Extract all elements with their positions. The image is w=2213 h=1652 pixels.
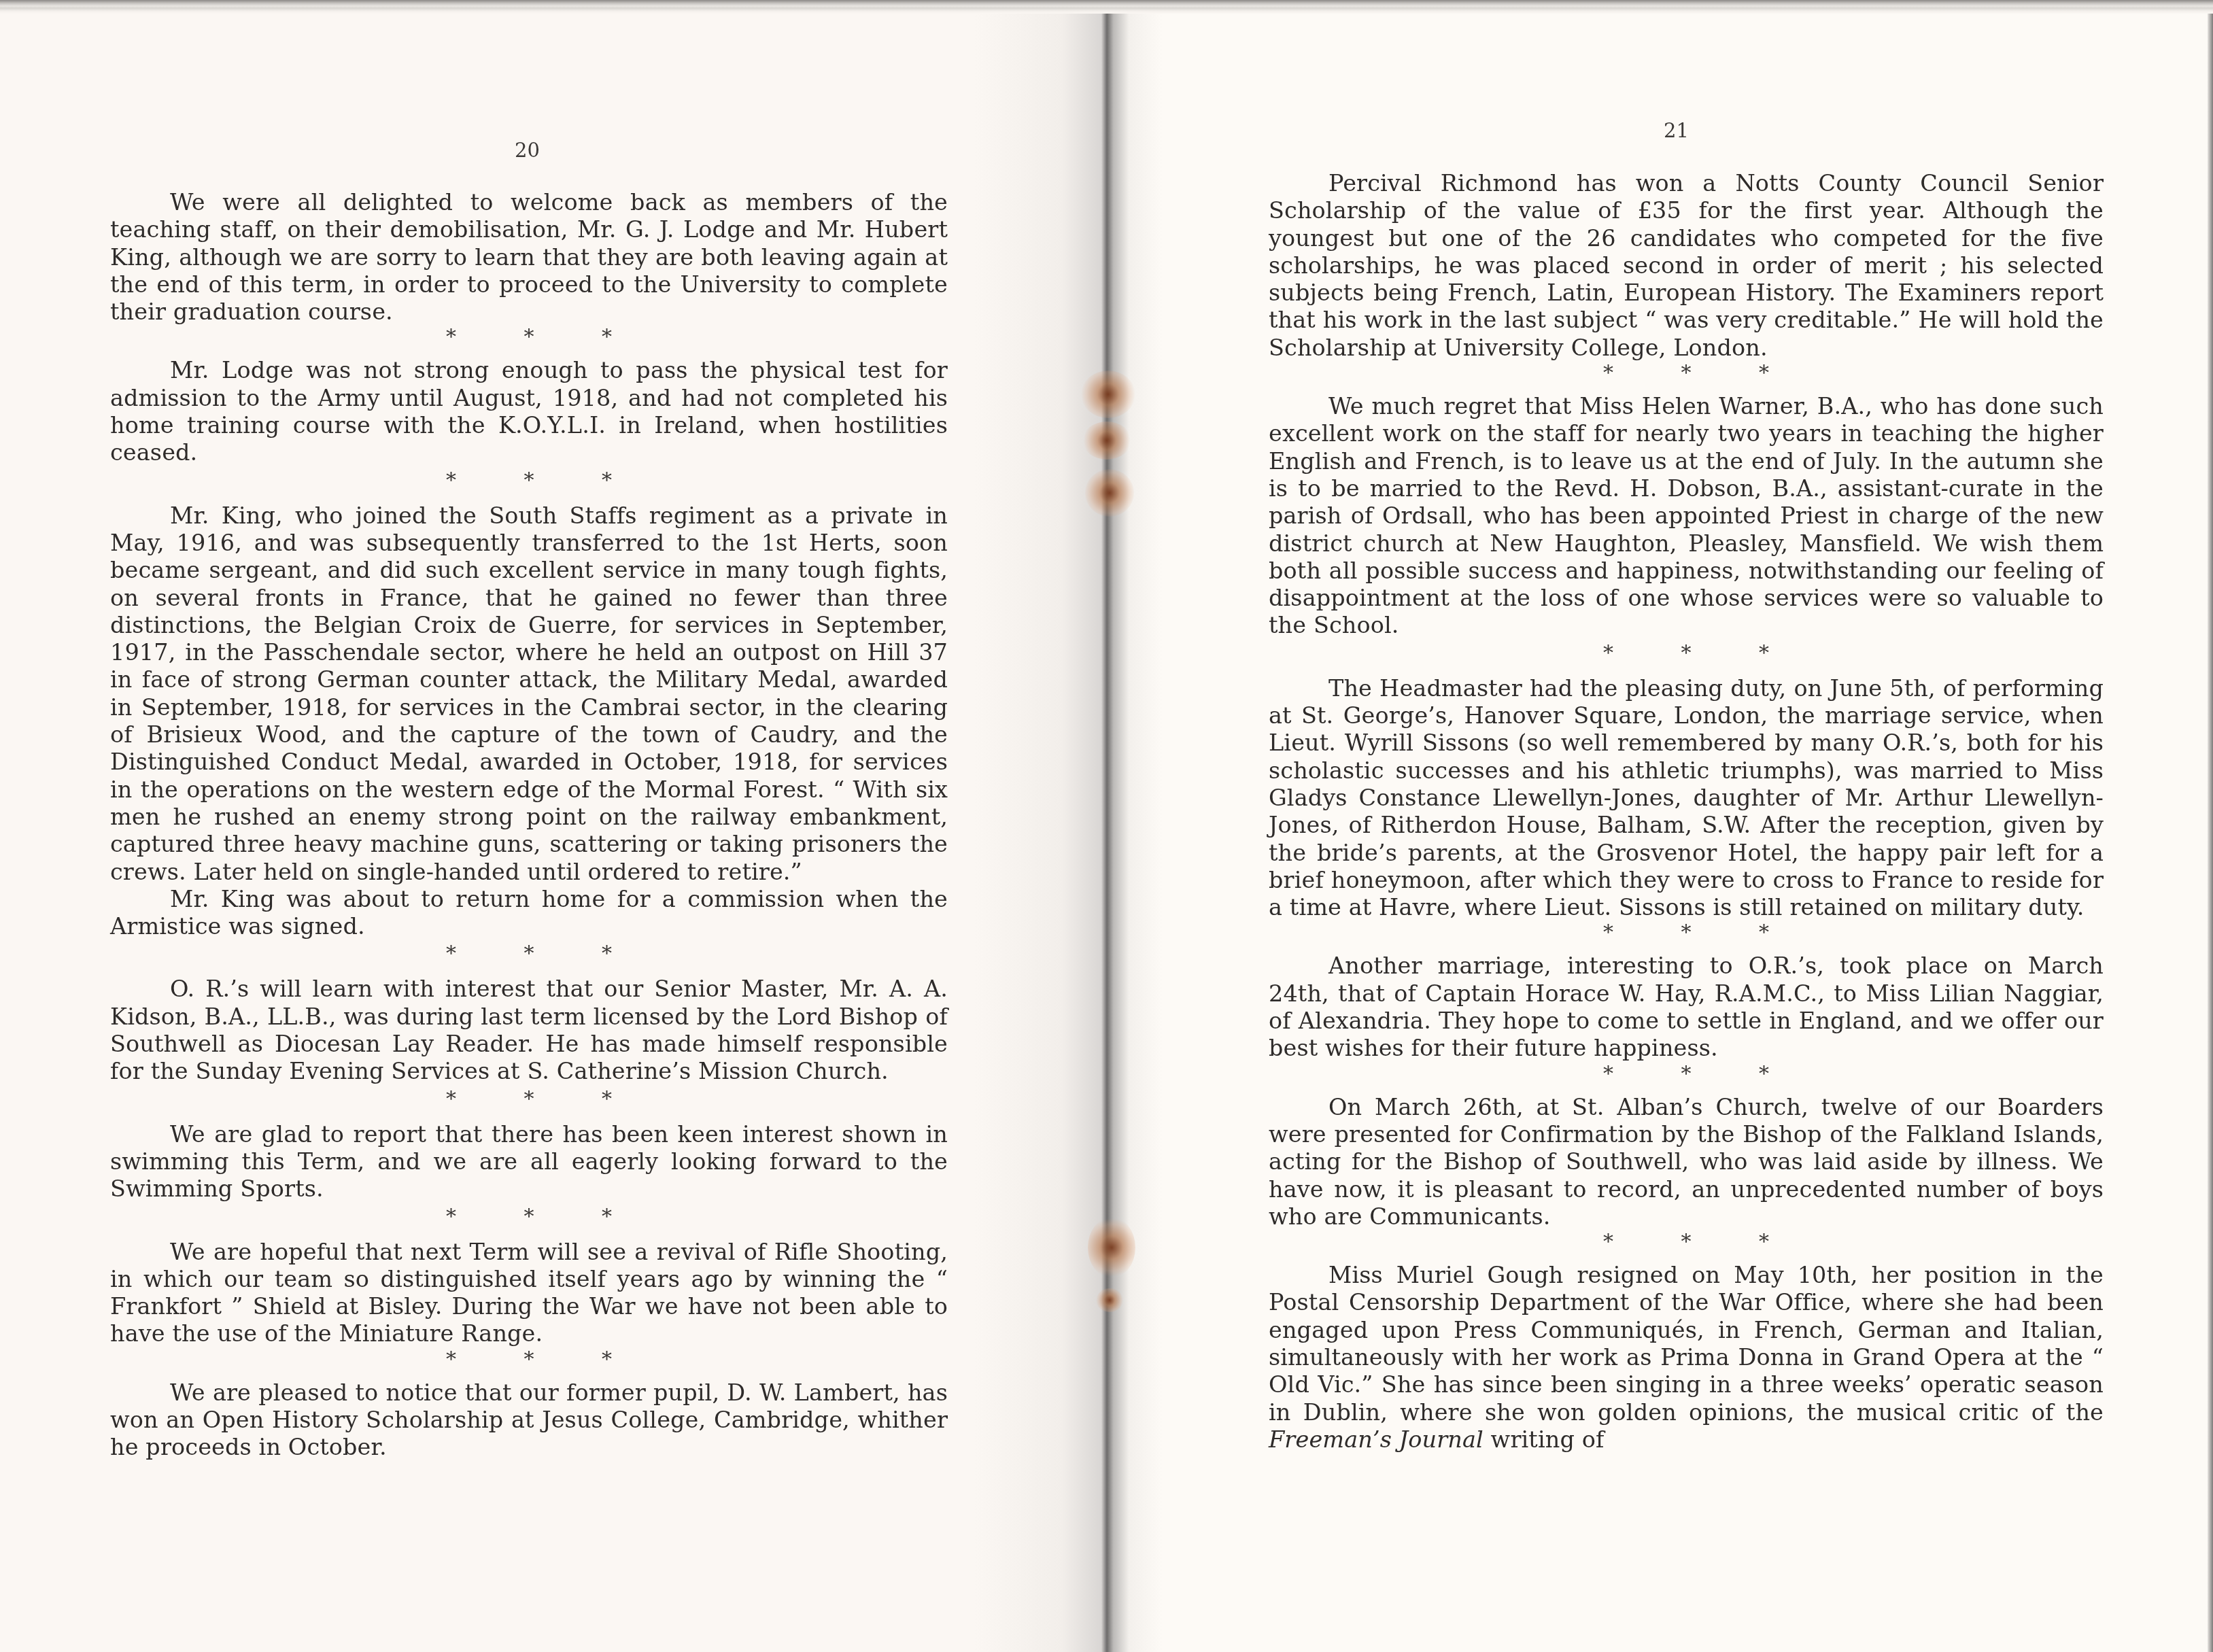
paragraph-sissons-marriage: The Headmaster had the pleasing duty, on… [1269,675,2104,922]
section-separator: * * * [1269,362,2104,385]
section-separator: * * * [110,467,948,494]
section-separator: * * * [110,940,948,967]
right-page: 21 Percival Richmond has won a Notts Cou… [1107,14,2213,1652]
section-separator: * * * [110,326,948,349]
section-separator: * * * [110,1348,948,1371]
section-separator: * * * [1269,640,2104,667]
right-page-body: Percival Richmond has won a Notts County… [1269,170,2104,1453]
page-number-left: 20 [515,139,540,162]
paragraph-confirmation: On March 26th, at St. Alban’s Church, tw… [1269,1094,2104,1231]
book-right-edge [2208,14,2213,1652]
rust-stain [1096,1288,1123,1312]
paragraph-hay-marriage: Another marriage, interesting to O.R.’s,… [1269,952,2104,1062]
paragraph-mr-lodge: Mr. Lodge was not strong enough to pass … [110,357,948,466]
paragraph-swimming: We are glad to report that there has bee… [110,1121,948,1203]
page-number-right: 21 [1664,119,1689,142]
left-page: 20 We were all delighted to welcome back… [0,14,1107,1652]
section-separator: * * * [110,1086,948,1113]
paragraph-senior-master: O. R.’s will learn with interest that ou… [110,976,948,1085]
rust-stain [1088,1217,1135,1278]
paragraph-mr-king-service: Mr. King, who joined the South Staffs re… [110,502,948,886]
section-separator: * * * [110,1203,948,1231]
section-separator: * * * [1269,921,2104,944]
left-page-body: We were all delighted to welcome back as… [110,189,948,1462]
paragraph-helen-warner: We much regret that Miss Helen Warner, B… [1269,393,2104,640]
rust-stain [1081,371,1135,418]
paragraph-muriel-gough: Miss Muriel Gough resigned on May 10th, … [1269,1262,2104,1453]
paragraph-staff-return: We were all delighted to welcome back as… [110,189,948,326]
paragraph-richmond-scholarship: Percival Richmond has won a Notts County… [1269,170,2104,362]
freemans-journal-title: Freeman’s Journal [1269,1426,1483,1453]
paragraph-mr-king-armistice: Mr. King was about to return home for a … [110,886,948,941]
section-separator: * * * [1269,1231,2104,1254]
gough-text-start: Miss Muriel Gough resigned on May 10th, … [1269,1262,2104,1425]
rust-stain [1085,469,1134,517]
book-top-edge [0,0,2213,14]
rust-stain [1082,421,1131,460]
section-separator: * * * [1269,1063,2104,1086]
gough-text-end: writing of [1483,1426,1605,1453]
paragraph-lambert-scholarship: We are pleased to notice that our former… [110,1379,948,1462]
paragraph-rifle-shooting: We are hopeful that next Term will see a… [110,1239,948,1348]
